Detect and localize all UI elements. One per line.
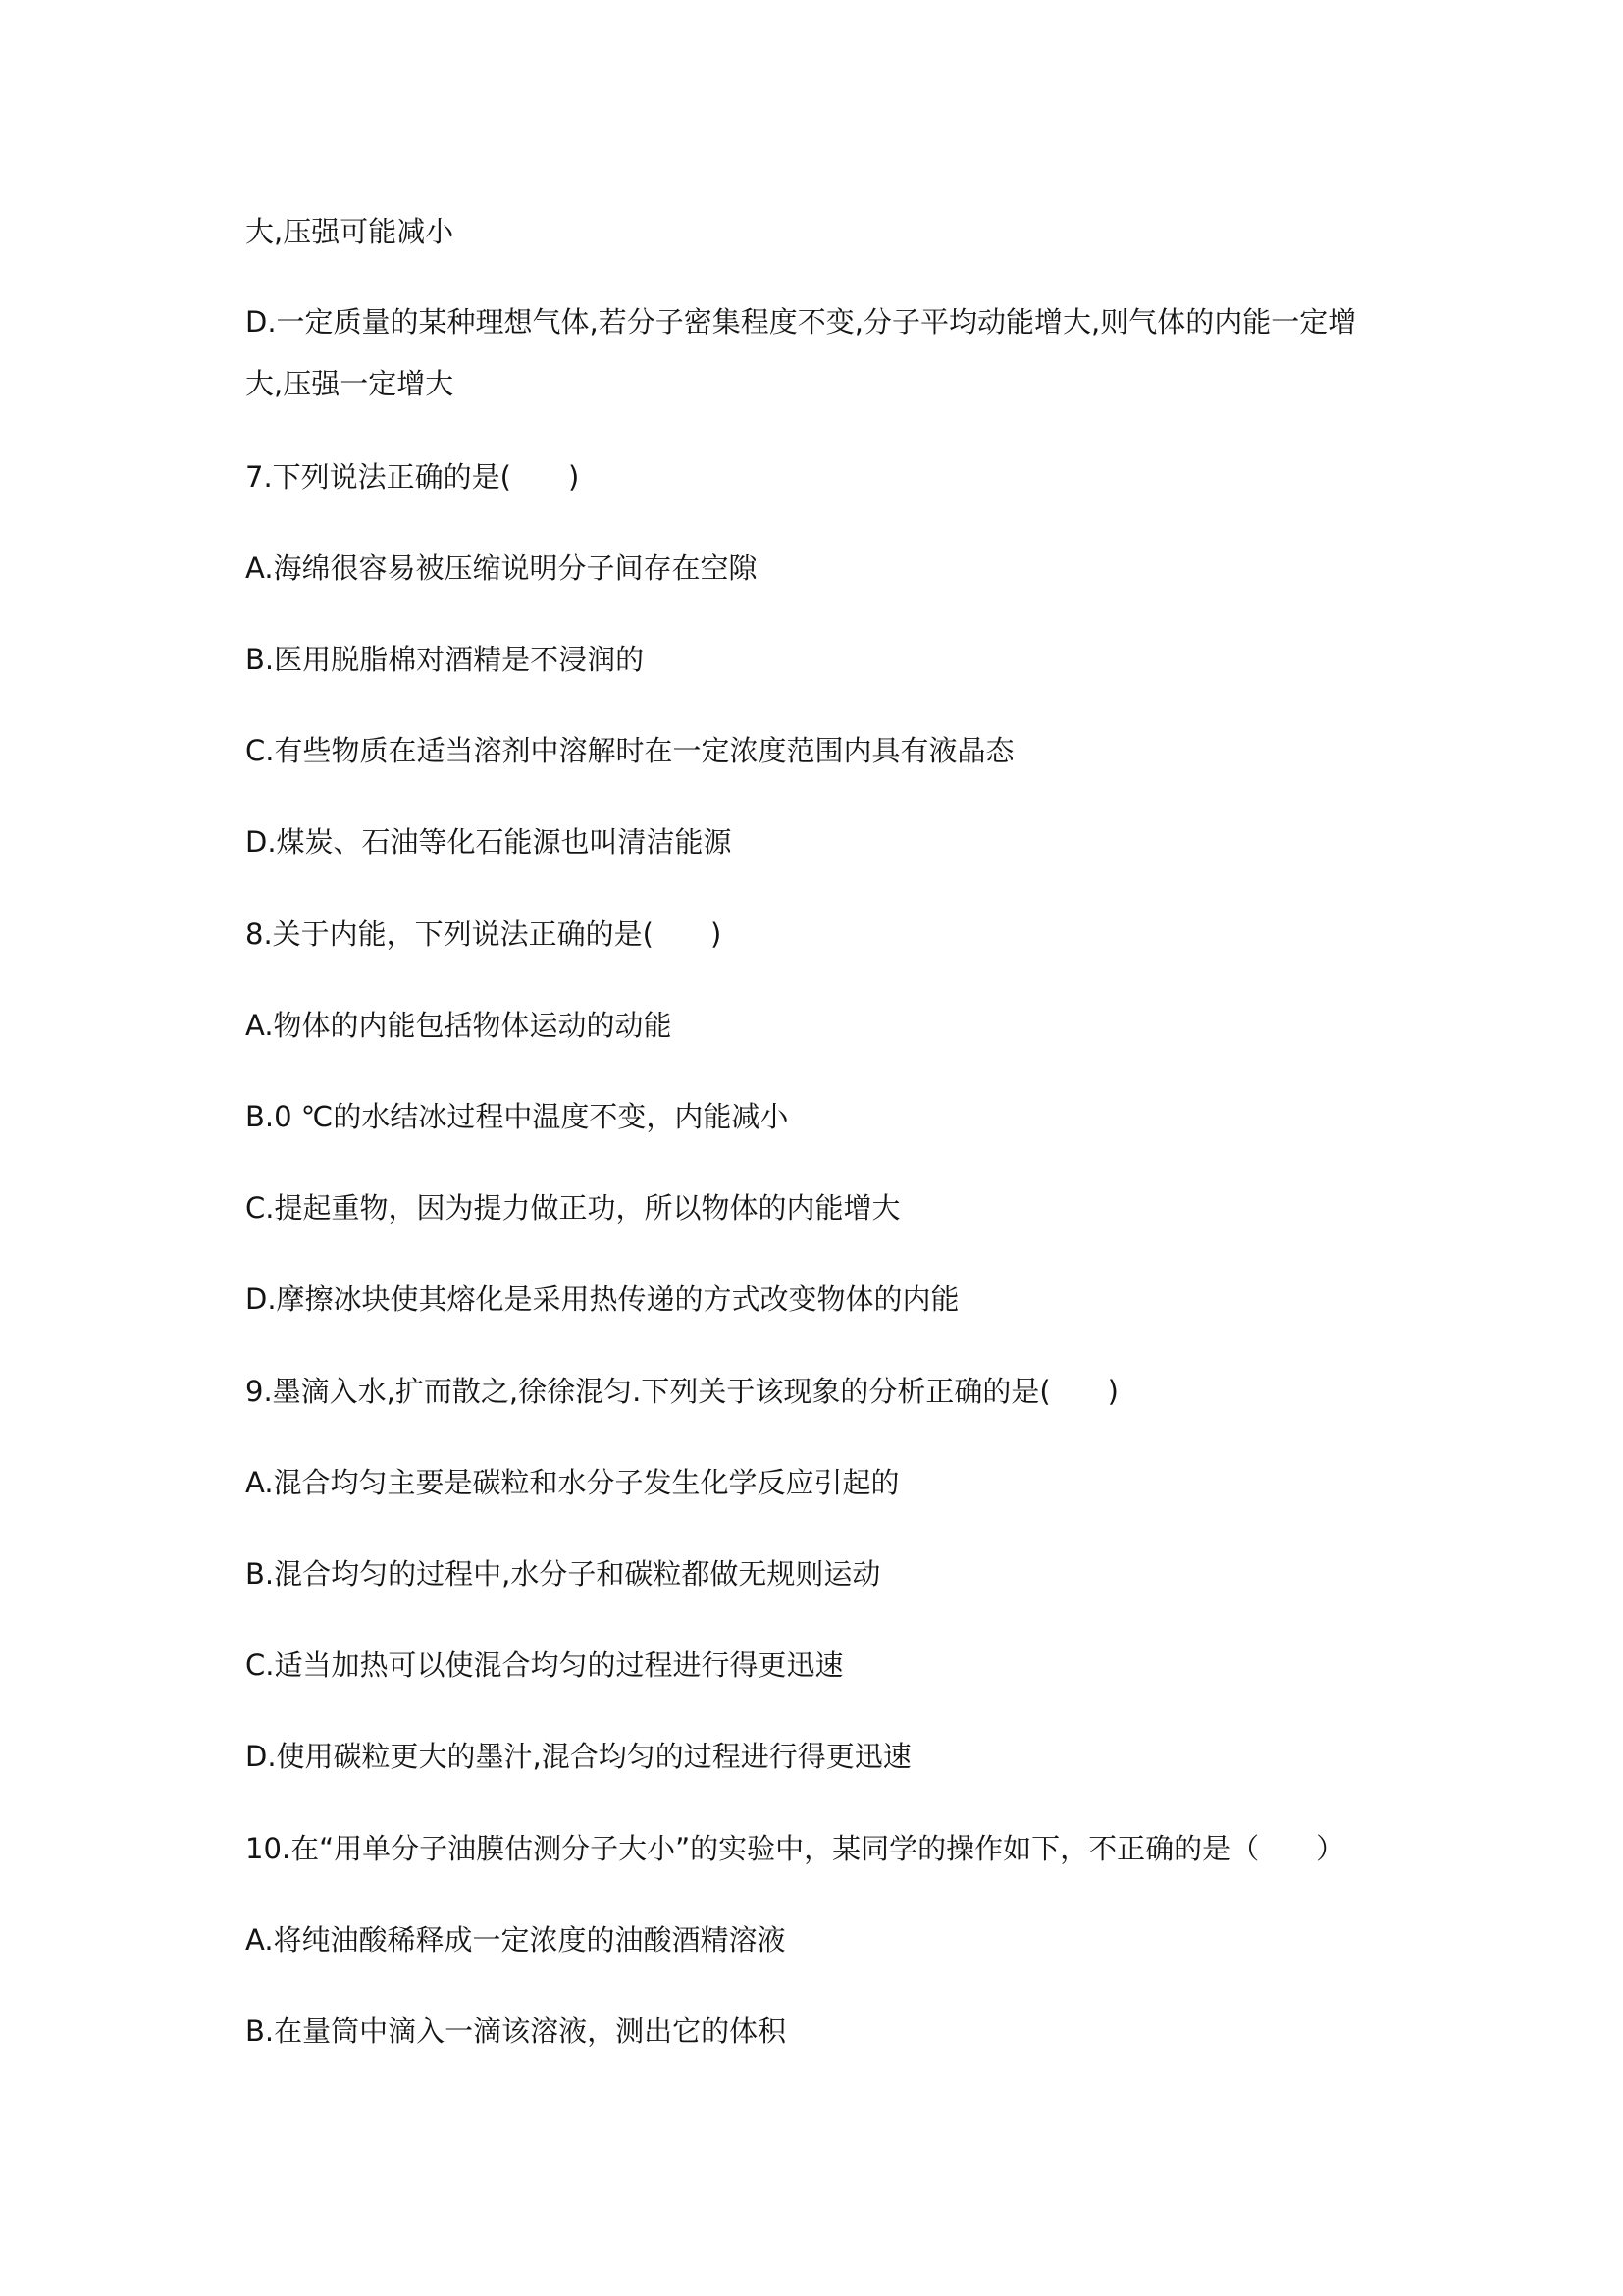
question-8-option-d: D.摩擦冰块使其熔化是采用热传递的方式改变物体的内能 bbox=[245, 1281, 960, 1317]
question-6-option-d: D.一定质量的某种理想气体,若分子密集程度不变,分子平均动能增大,则气体的内能一… bbox=[245, 304, 1356, 339]
question-9-option-c: C.适当加热可以使混合均匀的过程进行得更迅速 bbox=[245, 1647, 843, 1683]
question-6-option-d-continuation: 大,压强一定增大 bbox=[245, 366, 453, 401]
question-8-stem: 8.关于内能，下列说法正确的是( ) bbox=[245, 916, 721, 952]
question-10-stem: 10.在“用单分子油膜估测分子大小”的实验中，某同学的操作如下，不正确的是（ ） bbox=[245, 1831, 1344, 1866]
question-7-option-a: A.海绵很容易被压缩说明分子间存在空隙 bbox=[245, 550, 758, 586]
question-7-stem: 7.下列说法正确的是( ) bbox=[245, 459, 579, 495]
question-7-option-d: D.煤炭、石油等化石能源也叫清洁能源 bbox=[245, 824, 732, 860]
question-9-option-d: D.使用碳粒更大的墨汁,混合均匀的过程进行得更迅速 bbox=[245, 1739, 912, 1774]
document-page: 大,压强可能减小 D.一定质量的某种理想气体,若分子密集程度不变,分子平均动能增… bbox=[0, 0, 1623, 2296]
question-10-option-a: A.将纯油酸稀释成一定浓度的油酸酒精溶液 bbox=[245, 1922, 786, 1957]
question-8-option-b: B.0 ℃的水结冰过程中温度不变，内能减小 bbox=[245, 1099, 788, 1134]
question-7-option-c: C.有些物质在适当溶剂中溶解时在一定浓度范围内具有液晶态 bbox=[245, 733, 1014, 768]
question-9-option-a: A.混合均匀主要是碳粒和水分子发生化学反应引起的 bbox=[245, 1465, 900, 1500]
question-9-stem: 9.墨滴入水,扩而散之,徐徐混匀.下列关于该现象的分析正确的是( ) bbox=[245, 1374, 1119, 1409]
question-8-option-c: C.提起重物，因为提力做正功，所以物体的内能增大 bbox=[245, 1190, 900, 1226]
question-10-option-b: B.在量筒中滴入一滴该溶液，测出它的体积 bbox=[245, 2013, 786, 2049]
question-8-option-a: A.物体的内能包括物体运动的动能 bbox=[245, 1008, 672, 1043]
question-9-option-b: B.混合均匀的过程中,水分子和碳粒都做无规则运动 bbox=[245, 1556, 880, 1592]
question-6-option-c-continuation: 大,压强可能减小 bbox=[245, 214, 453, 249]
question-7-option-b: B.医用脱脂棉对酒精是不浸润的 bbox=[245, 642, 644, 677]
